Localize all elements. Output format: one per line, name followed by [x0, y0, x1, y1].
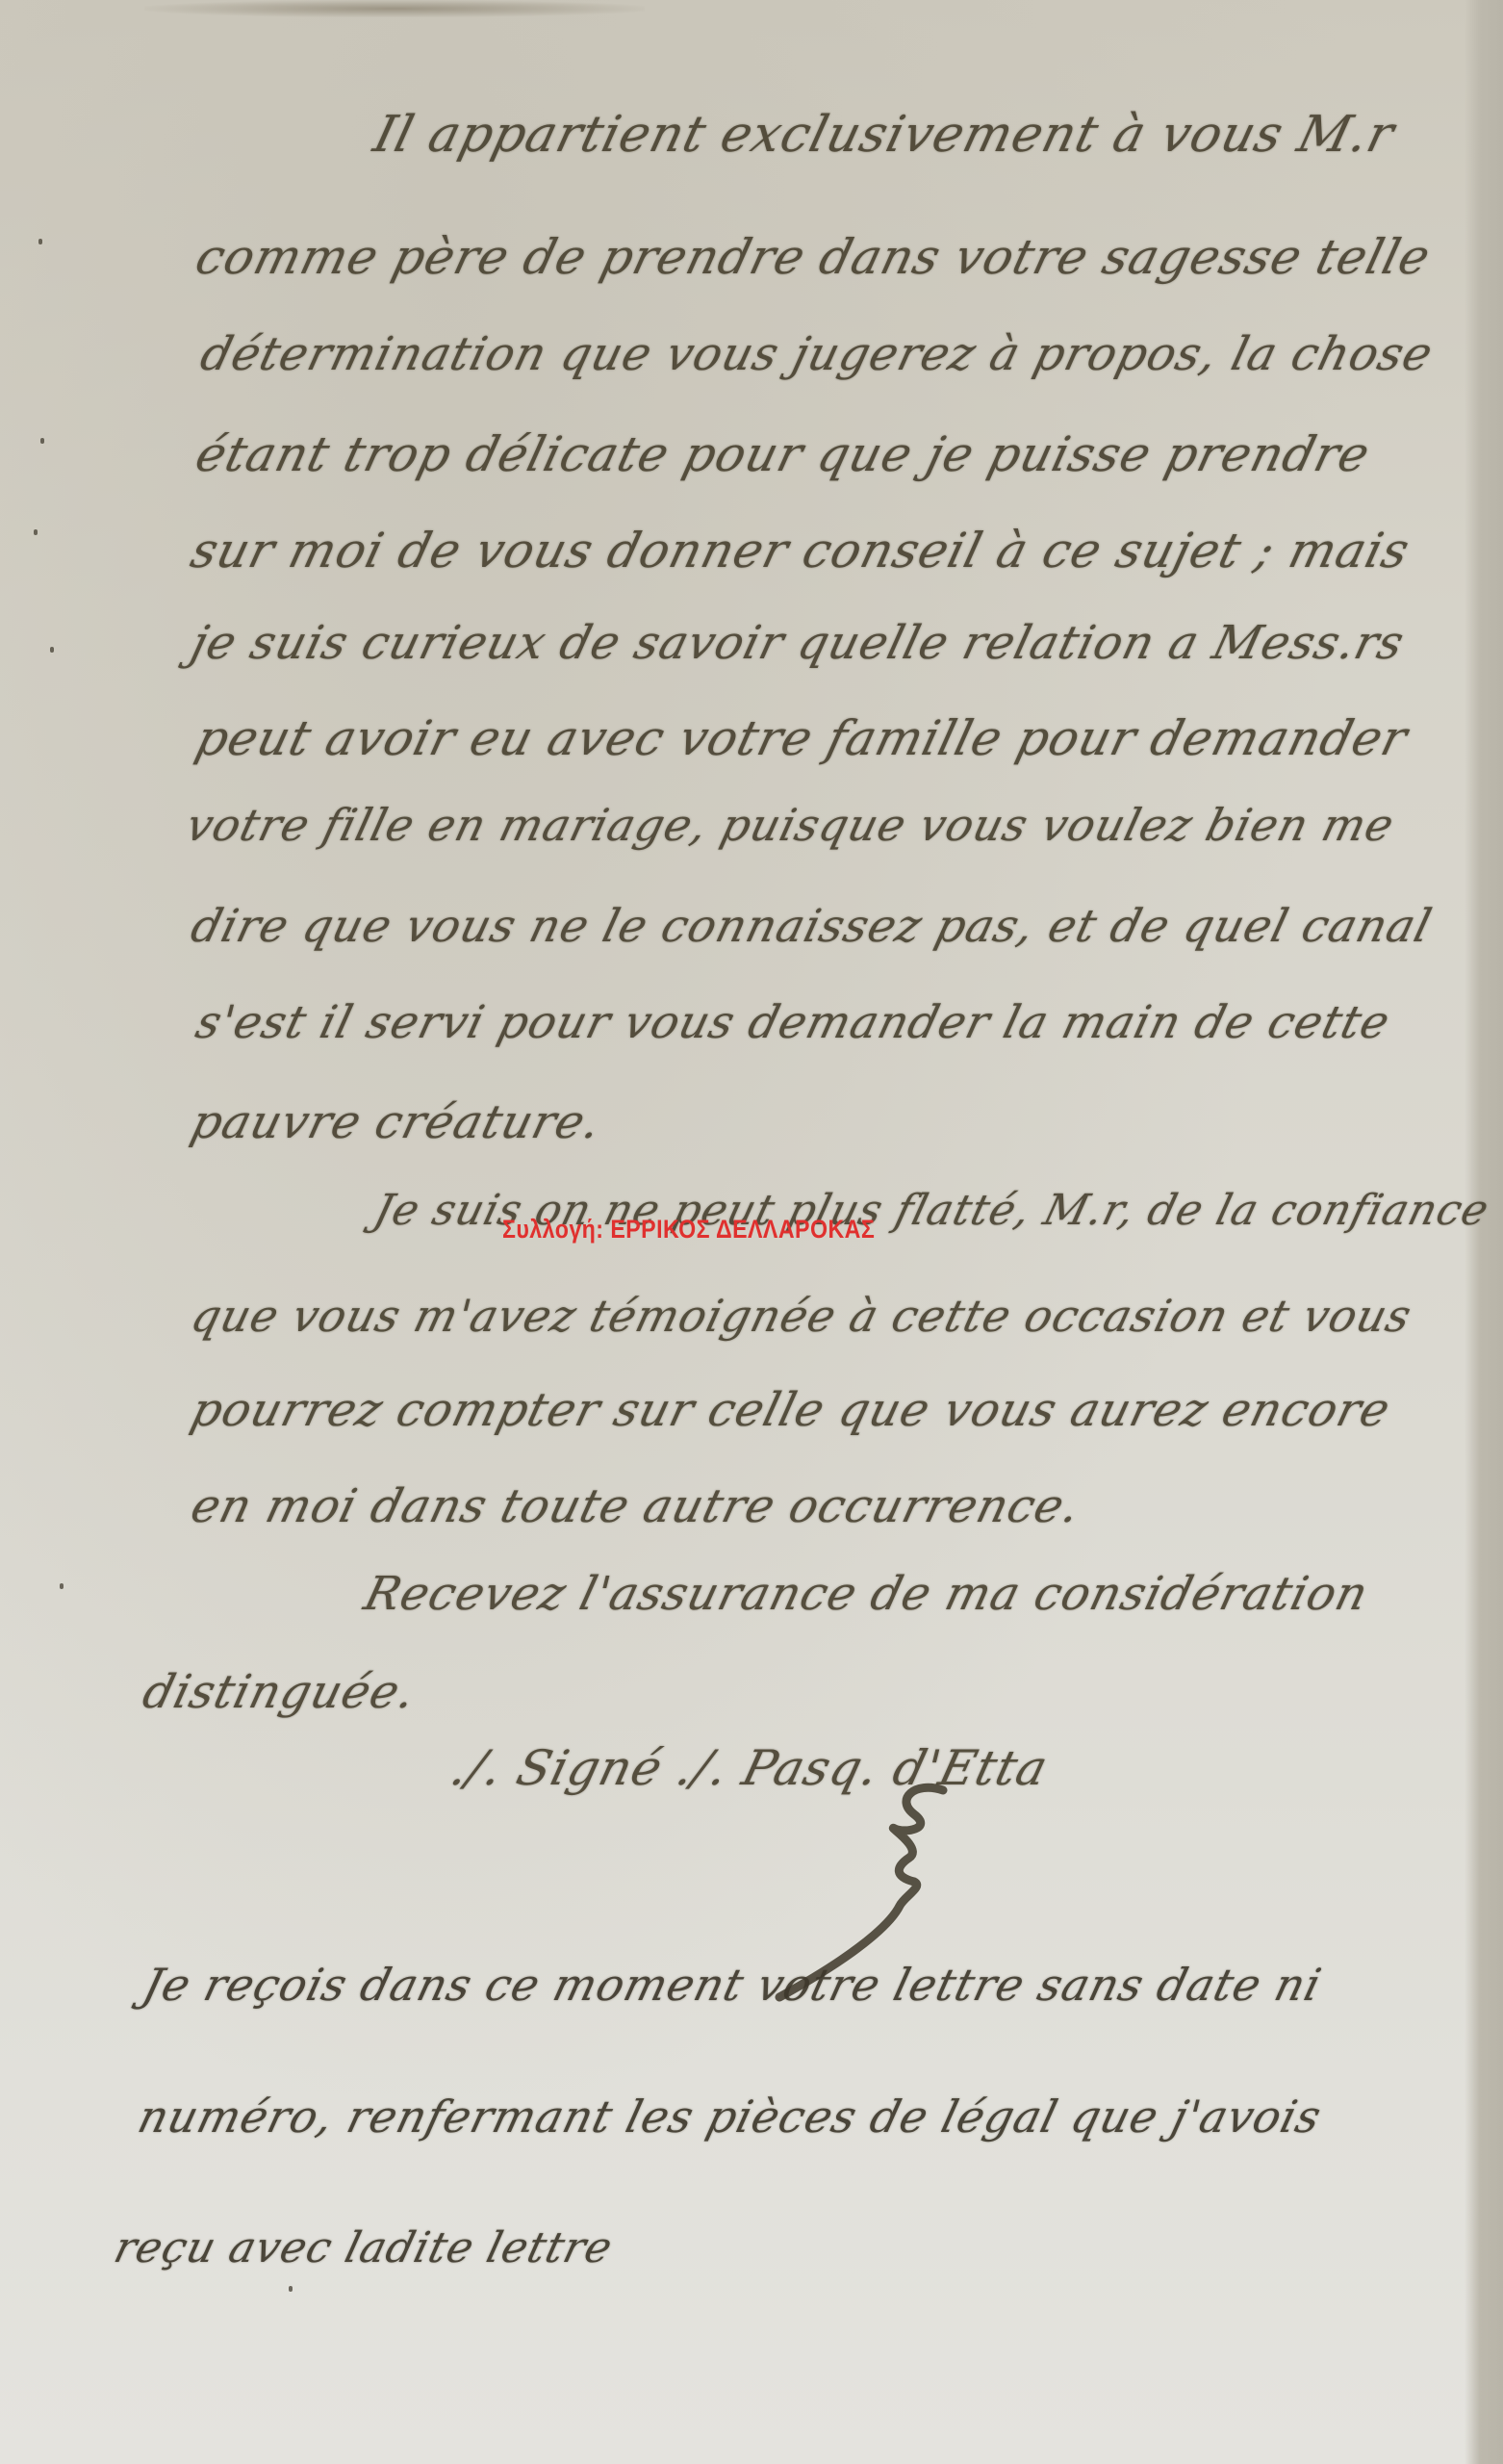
ink-speck: [40, 438, 44, 444]
letter-line: comme père de prendre dans votre sagesse…: [191, 229, 1437, 285]
letter-line: pourrez compter sur celle que vous aurez…: [186, 1383, 1396, 1437]
letter-line: peut avoir eu avec votre famille pour de…: [191, 710, 1414, 766]
letter-line: que vous m'avez témoignée à cette occasi…: [186, 1290, 1417, 1342]
ink-speck: [34, 529, 38, 535]
letter-line: pauvre créature.: [186, 1095, 607, 1149]
ink-speck: [50, 647, 54, 653]
letter-line: votre fille en mariage, puisque vous vou…: [181, 799, 1399, 851]
postscript-line: reçu avec ladite lettre: [110, 2223, 618, 2272]
ink-speck: [60, 1583, 64, 1589]
closing-line: distinguée.: [138, 1665, 421, 1719]
postscript-line: Je reçois dans ce moment votre lettre sa…: [138, 1959, 1327, 2011]
postscript-line: numéro, renfermant les pièces de légal q…: [133, 2091, 1327, 2143]
letter-line: étant trop délicate pour que je puisse p…: [191, 426, 1376, 482]
letter-line: dire que vous ne le connaissez pas, et d…: [186, 900, 1438, 953]
letter-line: je suis curieux de savoir quelle relatio…: [186, 616, 1410, 670]
ink-speck: [289, 2286, 293, 2292]
letter-line: Il appartient exclusivement à vous M.r: [369, 106, 1401, 164]
letter-line: détermination que vous jugerez à propos,…: [195, 327, 1439, 381]
collection-watermark: Συλλογή: ΕΡΡΙΚΟΣ ΔΕΛΛΑΡΟΚΑΣ: [502, 1215, 875, 1245]
letter-line: en moi dans toute autre occurrence.: [186, 1479, 1086, 1533]
ink-speck: [38, 239, 42, 244]
closing-line: Recevez l'assurance de ma considération: [359, 1567, 1374, 1621]
letter-line: sur moi de vous donner conseil à ce suje…: [186, 523, 1415, 578]
letter-line: s'est il servi pour vous demander la mai…: [191, 996, 1395, 1049]
